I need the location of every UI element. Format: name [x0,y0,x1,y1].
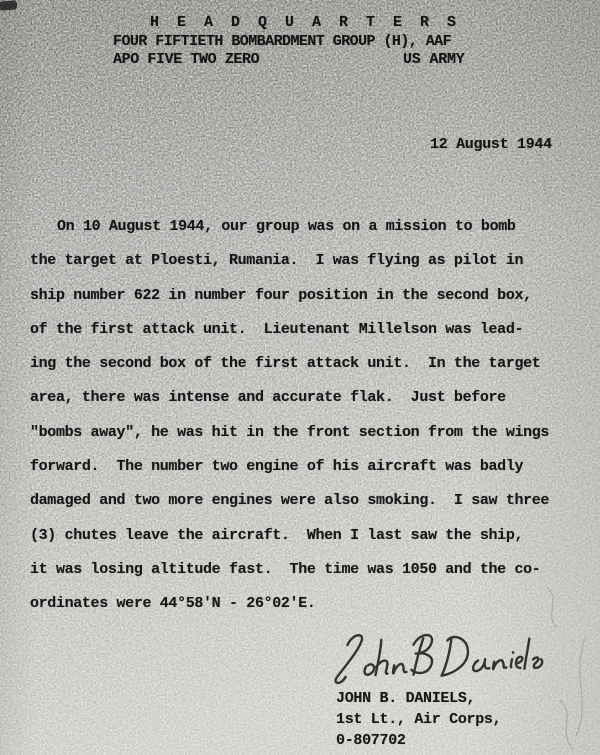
signature-serial: 0-807702 [336,730,501,751]
letterhead-command: H E A D Q U A R T E R S [150,14,461,31]
body-line: area, there was intense and accurate fla… [30,381,585,415]
body-line: forward. The number two engine of his ai… [30,450,585,484]
signature-rank: 1st Lt., Air Corps, [336,709,501,730]
body-line: damaged and two more engines were also s… [30,484,585,518]
body-line: it was losing altitude fast. The time wa… [30,553,585,587]
letter-body: On 10 August 1944, our group was on a mi… [30,210,585,622]
body-line: the target at Ploesti, Rumania. I was fl… [30,244,585,278]
signature-name: JOHN B. DANIELS, [336,688,501,709]
body-line: (3) chutes leave the aircraft. When I la… [30,519,585,553]
body-line: ordinates were 44°58'N - 26°02'E. [30,587,585,621]
signature-block: JOHN B. DANIELS, 1st Lt., Air Corps, 0-8… [336,688,501,751]
scanned-letter-page: H E A D Q U A R T E R S FOUR FIFTIETH BO… [0,0,600,755]
handwritten-signature [322,626,544,692]
scan-smudge-top-left [0,0,17,10]
body-line: ship number 622 in number four position … [30,279,585,313]
body-line: ing the second box of the first attack u… [30,347,585,381]
date-line: 12 August 1944 [430,136,552,153]
body-line: "bombs away", he was hit in the front se… [30,416,585,450]
body-line: of the first attack unit. Lieutenant Mil… [30,313,585,347]
letterhead-branch: US ARMY [403,51,465,68]
body-line: On 10 August 1944, our group was on a mi… [30,210,585,244]
letterhead-apo: APO FIVE TWO ZERO [113,51,259,68]
letterhead-unit: FOUR FIFTIETH BOMBARDMENT GROUP (H), AAF [113,33,451,50]
